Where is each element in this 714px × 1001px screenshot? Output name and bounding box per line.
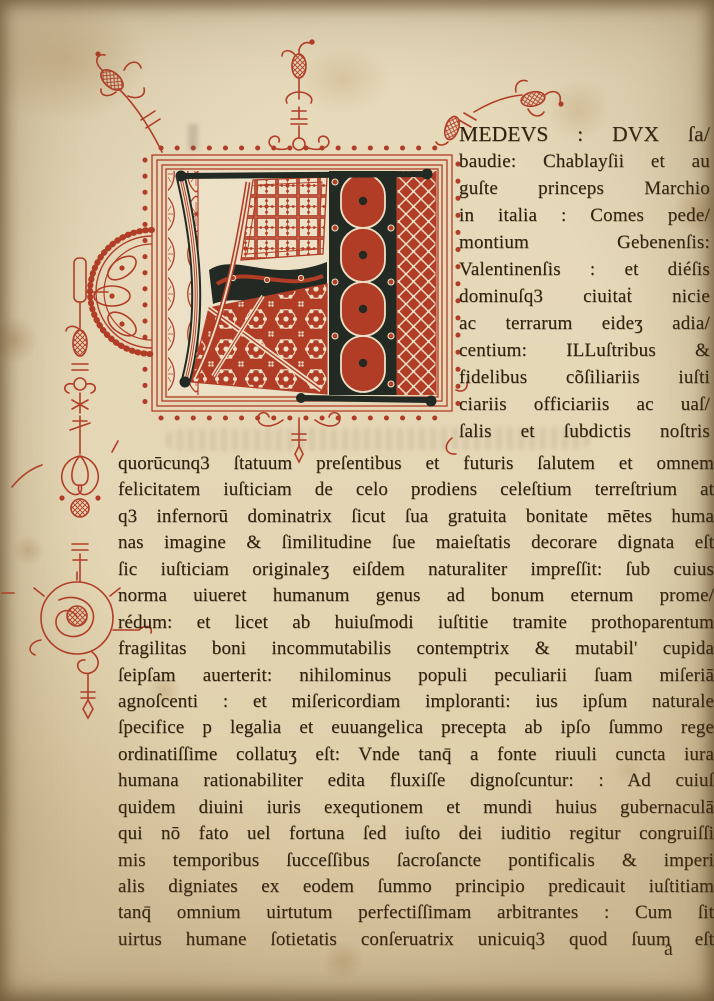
body-line: humana rationabiliter edita fluxiſſe dig… [118,768,714,794]
body-line: q3 infernorū dominatrix ſicut ſua gratui… [118,504,714,530]
body-line: ſic iuſticiam originaleʒ eiſdem naturali… [118,557,714,583]
body-line: nas imagine & ſimilitudine ſue maieſtati… [118,530,714,556]
intro-line: Valentinenſis : et diéſis [459,256,710,283]
body-line: norma uiueret humanum genus ad bonum ete… [118,583,714,609]
intro-line: ſalis et ſubdictis noſtris [459,418,710,445]
edge-smudge [188,124,198,150]
body-line: alis digniates ex eodem ſummo principio … [118,874,714,900]
body-line: qui nō fato uel fortuna ſed iuſto dei iu… [118,821,714,847]
body-line: mis temporibus ſucceſſibus ſacroſancte p… [118,848,714,874]
body-line: ſpecifice p legalia et euuangelica prece… [118,715,714,741]
body-line: uirtus humane ſotietatis conſeruatrix un… [118,927,714,953]
intro-text-block: MEDEVS : DVX ſa/ baudie: Chablayſii et a… [459,121,710,445]
body-line: quidem diuini iuris exequtionem et mundi… [118,795,714,821]
intro-line: montium Gebenenſis: [459,229,710,256]
body-line: fragilitas boni incommutabilis contemptr… [118,636,714,662]
body-line: quorūcunq3 ſtatuum preſentibus et futuri… [118,451,714,477]
intro-line: in italia : Comes pede/ [459,202,710,229]
quire-signature-mark: a [664,938,673,960]
intro-line: fidelibus cõſiliariis iuſti [459,364,710,391]
intro-line: MEDEVS : DVX ſa/ [459,121,710,148]
intro-line: baudie: Chablayſii et au [459,148,710,175]
body-line: tanq̄ omnium uirtutum perfectiſſimam arb… [118,900,714,926]
intro-line: guſte princeps Marchio [459,175,710,202]
intro-line: dominuſq3 ciuitaṫ nicie [459,283,710,310]
body-line: agnoſcenti : et miſericordiam imploranti… [118,689,714,715]
body-line: ordinatiſſime collatuʒ eſt: Vnde tanq̄ a… [118,742,714,768]
body-line: rédum: et licet ab huiuſmodi iuſtitie tr… [118,610,714,636]
intro-line: ciariis officiariis ac uaſ/ [459,391,710,418]
manuscript-page: MEDEVS : DVX ſa/ baudie: Chablayſii et a… [0,0,714,1001]
illuminated-initial-a [145,148,458,418]
penwork-sprig-top-left [96,52,162,152]
body-line: ſeipſam auerterit: nihilominus populi pe… [118,663,714,689]
intro-line: centium: ILLuſtribus & [459,337,710,364]
penwork-sprig-top-center [269,40,329,150]
body-text-block: quorūcunq3 ſtatuum preſentibus et futuri… [118,451,714,953]
body-line: felicitatem iuſticiam de celo prodiens c… [118,477,714,503]
intro-line: ac terrarum eideʒ adia/ [459,310,710,337]
